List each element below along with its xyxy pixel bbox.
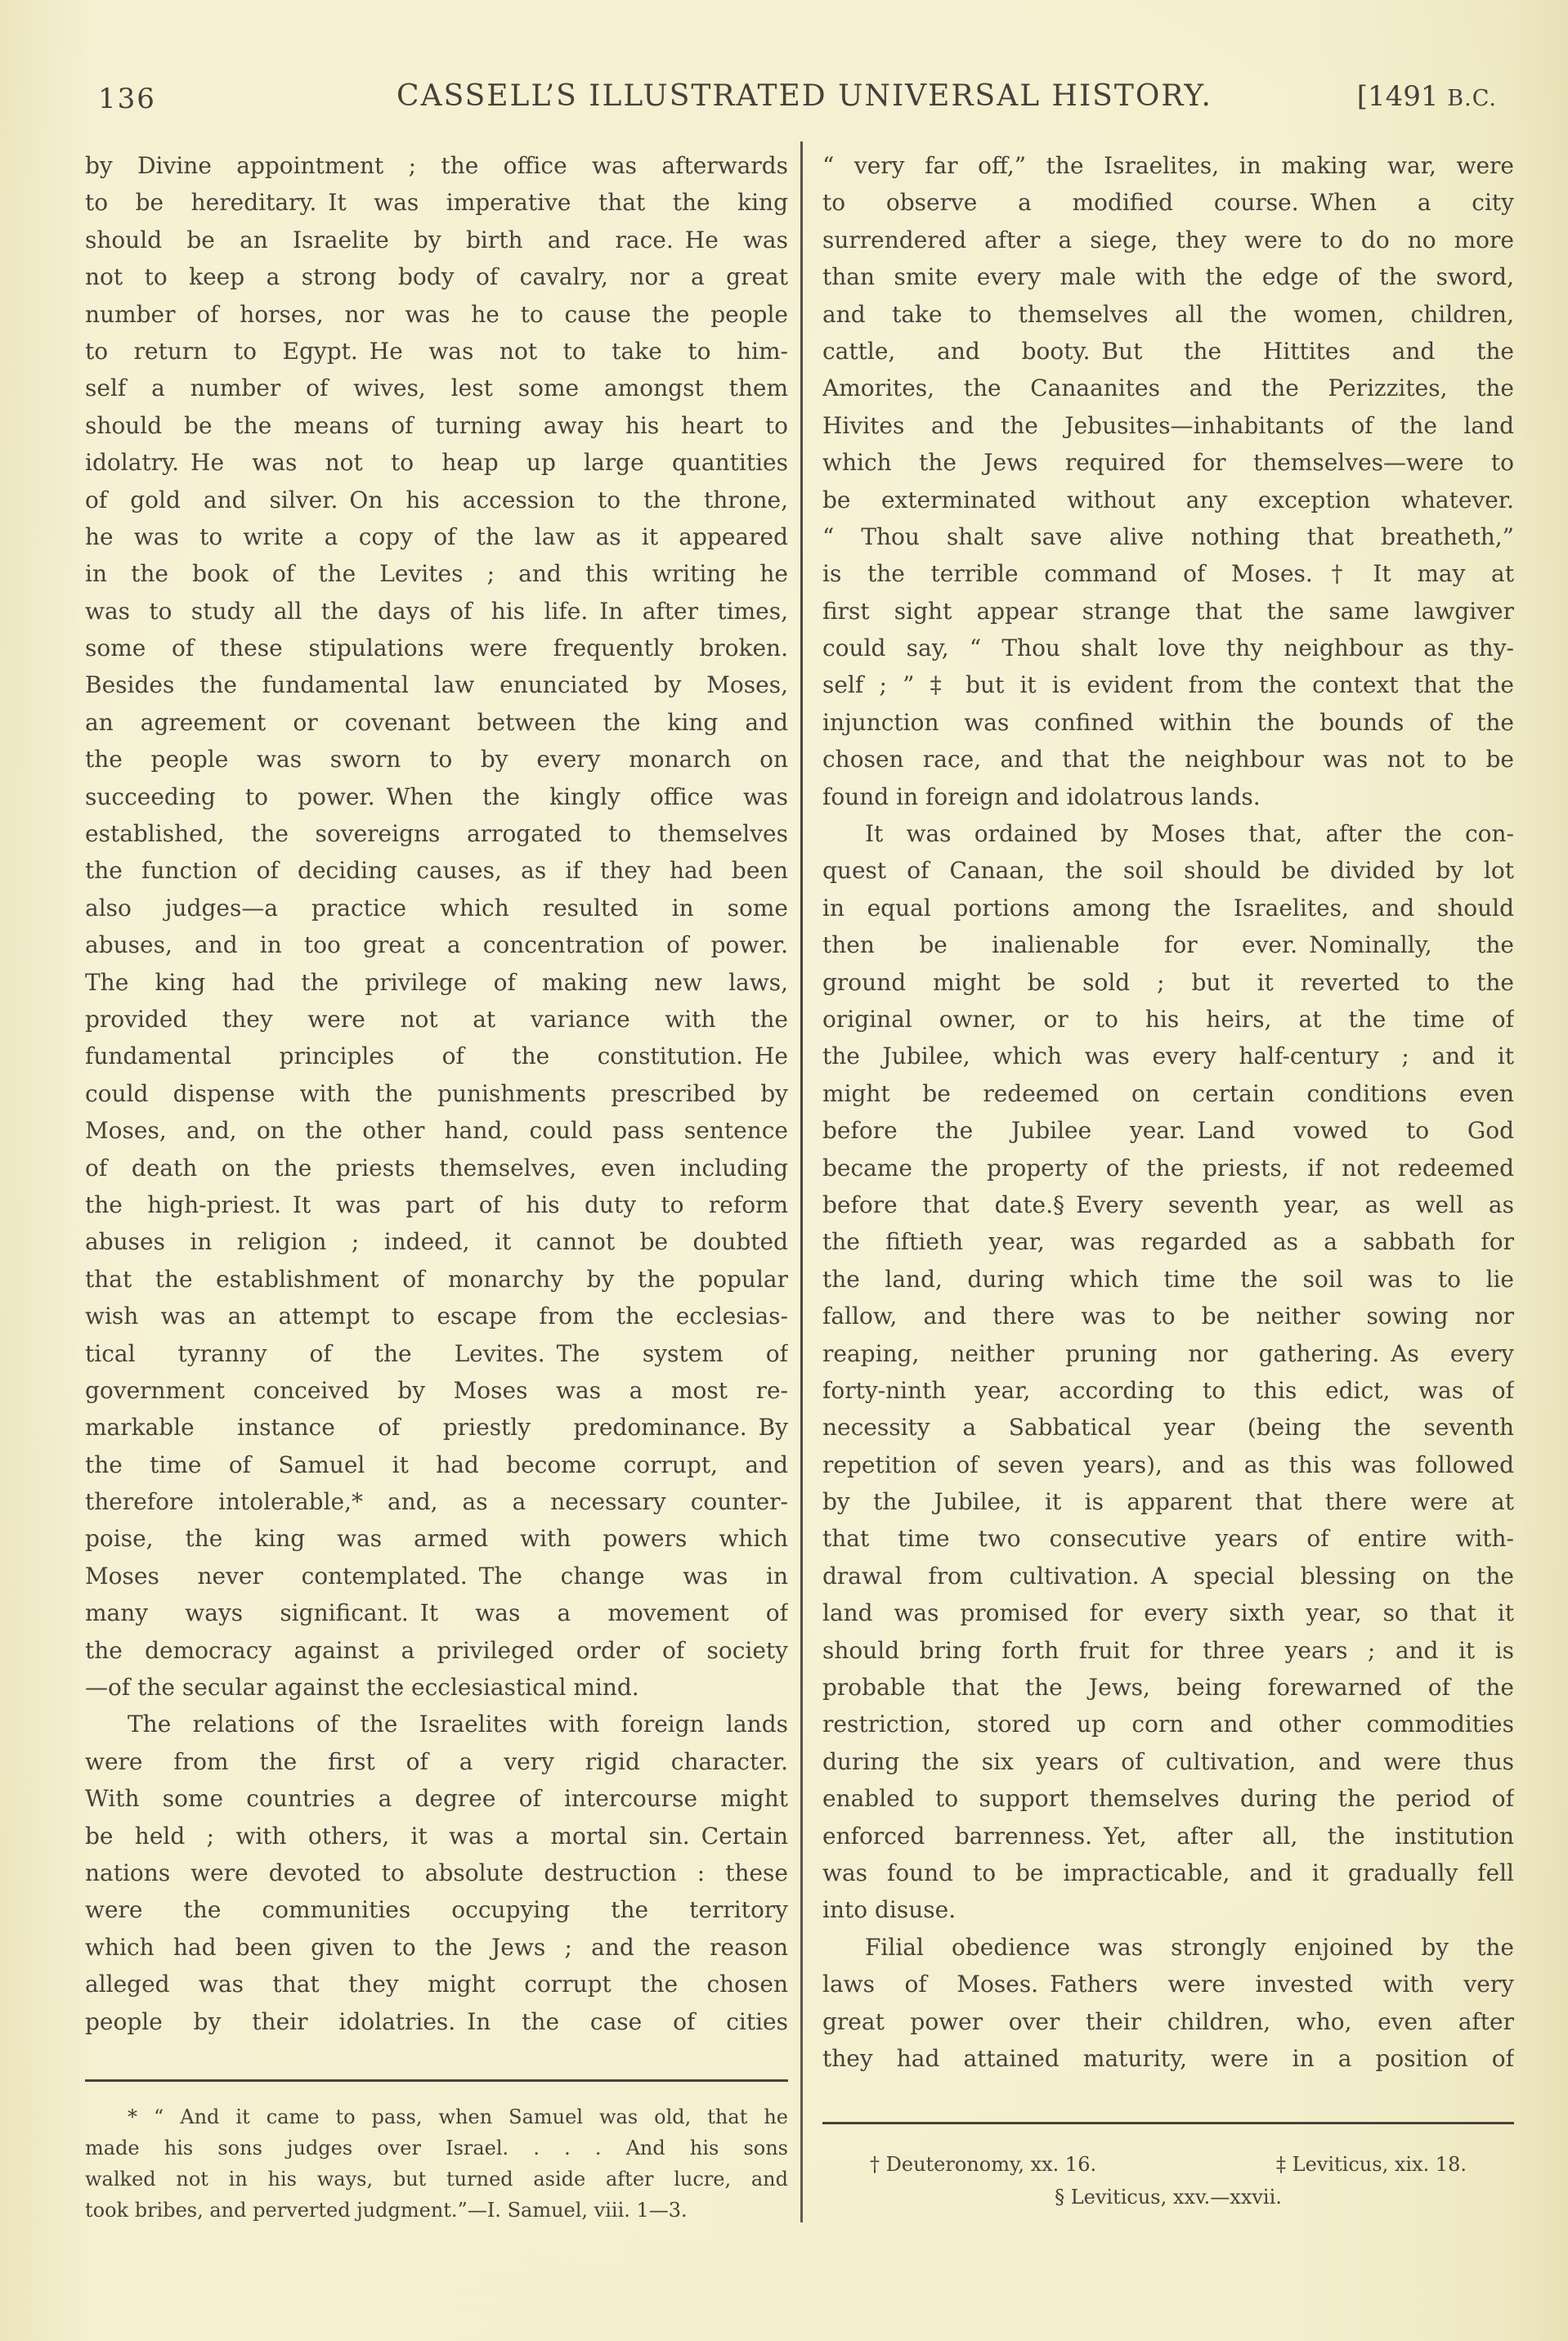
text-line: The relations of the Israelites with for… xyxy=(85,1706,788,1742)
text-line: repetition of seven years), and as this … xyxy=(822,1446,1514,1483)
text-line: quest of Canaan, the soil should be divi… xyxy=(822,852,1514,889)
text-line: the people was sworn to by every monarch… xyxy=(85,741,788,778)
right-footnotes: † Deuteronomy, xx. 16. ‡ Leviticus, xix.… xyxy=(822,2149,1514,2180)
text-line: to return to Egypt. He was not to take t… xyxy=(85,333,788,370)
era-label: [1491 B.C. xyxy=(1357,80,1497,113)
text-line: into disuse. xyxy=(822,1891,1514,1928)
left-footnote-rule xyxy=(85,2079,788,2082)
left-column: by Divine appointment ; the office was a… xyxy=(85,147,788,2040)
text-line: he was to write a copy of the law as it … xyxy=(85,518,788,555)
text-line: forty-ninth year, according to this edic… xyxy=(822,1372,1514,1409)
text-line: idolatry. He was not to heap up large qu… xyxy=(85,444,788,481)
text-line: the fiftieth year, was regarded as a sab… xyxy=(822,1223,1514,1260)
text-line: laws of Moses. Fathers were invested wit… xyxy=(822,1966,1514,2002)
text-line: abuses in religion ; indeed, it cannot b… xyxy=(85,1223,788,1260)
text-line: be held ; with others, it was a mortal s… xyxy=(85,1818,788,1854)
text-line: is the terrible command of Moses.† It ma… xyxy=(822,555,1514,592)
text-line: should be the means of turning away his … xyxy=(85,407,788,444)
text-line: necessity a Sabbatical year (being the s… xyxy=(822,1409,1514,1446)
text-line: should be an Israelite by birth and race… xyxy=(85,222,788,258)
text-line: ground might be sold ; but it reverted t… xyxy=(822,964,1514,1001)
text-line: * “ And it came to pass, when Samuel was… xyxy=(85,2101,788,2132)
text-line: then be inalienable for ever. Nominally,… xyxy=(822,926,1514,963)
text-line: cattle, and booty. But the Hittites and … xyxy=(822,333,1514,370)
text-line: self ; ” ‡ but it is evident from the co… xyxy=(822,666,1514,703)
text-line: was found to be impracticable, and it gr… xyxy=(822,1854,1514,1891)
text-line: provided they were not at variance with … xyxy=(85,1001,788,1038)
text-line: some of these stipulations were frequent… xyxy=(85,630,788,666)
text-line: first sight appear strange that the same… xyxy=(822,593,1514,630)
text-line: they had attained maturity, were in a po… xyxy=(822,2040,1514,2077)
text-line: tical tyranny of the Levites. The system… xyxy=(85,1335,788,1372)
text-line: were the communities occupying the terri… xyxy=(85,1891,788,1928)
right-column: “ very far off,” the Israelites, in maki… xyxy=(822,147,1514,2077)
text-line: became the property of the priests, if n… xyxy=(822,1150,1514,1186)
text-line: fallow, and there was to be neither sowi… xyxy=(822,1298,1514,1334)
text-line: number of horses, nor was he to cause th… xyxy=(85,296,788,333)
text-line: self a number of wives, lest some amongs… xyxy=(85,370,788,406)
text-line: should bring forth fruit for three years… xyxy=(822,1632,1514,1669)
text-line: than smite every male with the edge of t… xyxy=(822,258,1514,295)
text-line: of death on the priests themselves, even… xyxy=(85,1150,788,1186)
text-line: “ Thou shalt save alive nothing that bre… xyxy=(822,518,1514,555)
text-line: Moses, and, on the other hand, could pas… xyxy=(85,1112,788,1149)
text-line: With some countries a degree of intercou… xyxy=(85,1780,788,1817)
text-line: the democracy against a privileged order… xyxy=(85,1632,788,1669)
text-line: also judges—a practice which resulted in… xyxy=(85,890,788,926)
text-line: which had been given to the Jews ; and t… xyxy=(85,1929,788,1966)
text-line: the function of deciding causes, as if t… xyxy=(85,852,788,889)
text-line: to be hereditary. It was imperative that… xyxy=(85,184,788,221)
text-line: that the establishment of monarchy by th… xyxy=(85,1261,788,1298)
text-line: wish was an attempt to escape from the e… xyxy=(85,1298,788,1334)
left-footnote: * “ And it came to pass, when Samuel was… xyxy=(85,2101,788,2226)
text-line: the land, during which time the soil was… xyxy=(822,1261,1514,1298)
text-line: the Jubilee, which was every half-centur… xyxy=(822,1038,1514,1074)
column-divider xyxy=(800,141,803,2222)
text-line: markable instance of priestly predominan… xyxy=(85,1409,788,1446)
footnote-leviticus-19: ‡ Leviticus, xix. 18. xyxy=(1276,2149,1467,2180)
text-line: abuses, and in too great a concentration… xyxy=(85,926,788,963)
text-line: succeeding to power. When the kingly off… xyxy=(85,778,788,815)
text-line: by the Jubilee, it is apparent that ther… xyxy=(822,1483,1514,1520)
text-line: were from the first of a very rigid char… xyxy=(85,1743,788,1780)
text-line: made his sons judges over Israel. . . . … xyxy=(85,2132,788,2164)
text-line: in the book of the Levites ; and this wr… xyxy=(85,555,788,592)
text-line: nations were devoted to absolute destruc… xyxy=(85,1854,788,1891)
book-page: 136 CASSELL’S ILLUSTRATED UNIVERSAL HIST… xyxy=(0,0,1568,2341)
text-line: not to keep a strong body of cavalry, no… xyxy=(85,258,788,295)
era-year: [1491 xyxy=(1357,80,1448,113)
text-line: the time of Samuel it had become corrupt… xyxy=(85,1446,788,1483)
text-line: restriction, stored up corn and other co… xyxy=(822,1706,1514,1742)
text-line: alleged was that they might corrupt the … xyxy=(85,1966,788,2002)
footnote-deuteronomy: † Deuteronomy, xx. 16. xyxy=(870,2149,1096,2180)
text-line: reaping, neither pruning nor gathering. … xyxy=(822,1335,1514,1372)
text-line: Hivites and the Jebusites—inhabitants of… xyxy=(822,407,1514,444)
text-line: many ways significant. It was a movement… xyxy=(85,1594,788,1631)
text-line: before the Jubilee year. Land vowed to G… xyxy=(822,1112,1514,1149)
text-line: injunction was confined within the bound… xyxy=(822,704,1514,741)
text-line: be exterminated without any exception wh… xyxy=(822,482,1514,518)
text-line: the high-priest. It was part of his duty… xyxy=(85,1186,788,1223)
text-line: The king had the privilege of making new… xyxy=(85,964,788,1001)
text-line: “ very far off,” the Israelites, in maki… xyxy=(822,147,1514,184)
page-header: 136 CASSELL’S ILLUSTRATED UNIVERSAL HIST… xyxy=(0,78,1568,127)
text-line: to observe a modified course. When a cit… xyxy=(822,184,1514,221)
text-line: It was ordained by Moses that, after the… xyxy=(822,815,1514,852)
text-line: Moses never contemplated. The change was… xyxy=(85,1558,788,1594)
text-line: which the Jews required for themselves—w… xyxy=(822,444,1514,481)
text-line: during the six years of cultivation, and… xyxy=(822,1743,1514,1780)
text-line: people by their idolatries. In the case … xyxy=(85,2003,788,2040)
text-line: might be redeemed on certain conditions … xyxy=(822,1075,1514,1112)
text-line: Besides the fundamental law enunciated b… xyxy=(85,666,788,703)
text-line: before that date.§ Every seventh year, a… xyxy=(822,1186,1514,1223)
text-line: enforced barrenness. Yet, after all, the… xyxy=(822,1818,1514,1854)
text-line: took bribes, and perverted judgment.”—I.… xyxy=(85,2195,788,2226)
text-line: Filial obedience was strongly enjoined b… xyxy=(822,1929,1514,1966)
text-line: —of the secular against the ecclesiastic… xyxy=(85,1669,788,1706)
text-line: by Divine appointment ; the office was a… xyxy=(85,147,788,184)
text-line: established, the sovereigns arrogated to… xyxy=(85,815,788,852)
text-line: surrendered after a siege, they were to … xyxy=(822,222,1514,258)
text-line: found in foreign and idolatrous lands. xyxy=(822,778,1514,815)
text-line: and take to themselves all the women, ch… xyxy=(822,296,1514,333)
text-line: land was promised for every sixth year, … xyxy=(822,1594,1514,1631)
text-line: government conceived by Moses was a most… xyxy=(85,1372,788,1409)
text-line: walked not in his ways, but turned aside… xyxy=(85,2164,788,2195)
text-line: fundamental principles of the constituti… xyxy=(85,1038,788,1074)
text-line: of gold and silver. On his accession to … xyxy=(85,482,788,518)
text-line: could say, “ Thou shalt love thy neighbo… xyxy=(822,630,1514,666)
text-line: was to study all the days of his life. I… xyxy=(85,593,788,630)
text-line: therefore intolerable,* and, as a necess… xyxy=(85,1483,788,1520)
era-abbrev: B.C. xyxy=(1447,86,1497,111)
text-line: could dispense with the punishments pres… xyxy=(85,1075,788,1112)
footnote-leviticus-25: § Leviticus, xxv.—xxvii. xyxy=(822,2182,1514,2213)
right-footnote-rule xyxy=(822,2122,1514,2124)
text-line: Amorites, the Canaanites and the Perizzi… xyxy=(822,370,1514,406)
text-line: great power over their children, who, ev… xyxy=(822,2003,1514,2040)
text-line: that time two consecutive years of entir… xyxy=(822,1520,1514,1557)
text-line: drawal from cultivation. A special bless… xyxy=(822,1558,1514,1594)
running-title: CASSELL’S ILLUSTRATED UNIVERSAL HISTORY. xyxy=(74,79,1535,113)
text-line: probable that the Jews, being forewarned… xyxy=(822,1669,1514,1706)
text-line: poise, the king was armed with powers wh… xyxy=(85,1520,788,1557)
text-line: chosen race, and that the neighbour was … xyxy=(822,741,1514,778)
text-line: original owner, or to his heirs, at the … xyxy=(822,1001,1514,1038)
text-line: in equal portions among the Israelites, … xyxy=(822,890,1514,926)
text-line: an agreement or covenant between the kin… xyxy=(85,704,788,741)
text-line: enabled to support themselves during the… xyxy=(822,1780,1514,1817)
